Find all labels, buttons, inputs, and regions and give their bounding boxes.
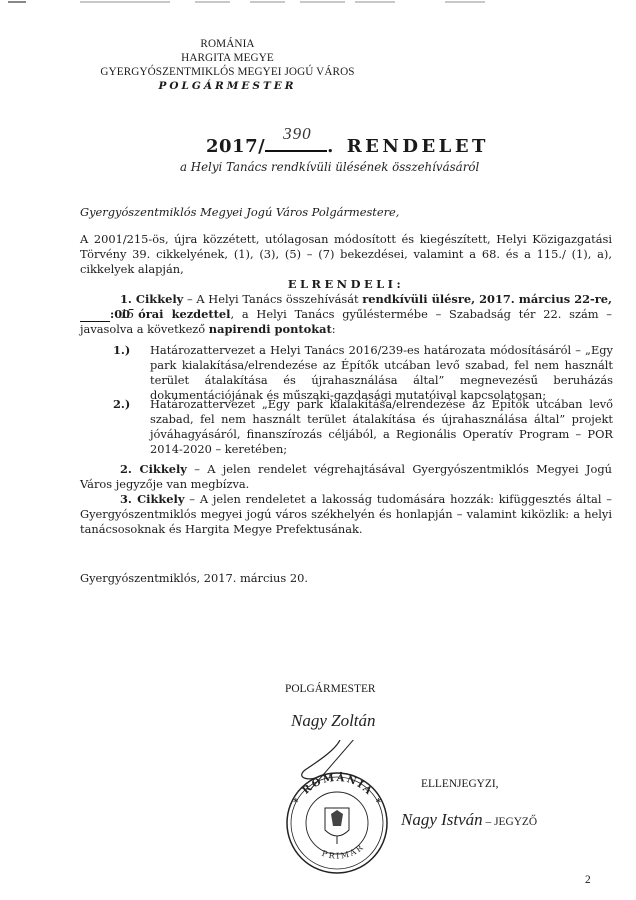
countersign-label: ELLENJEGYZI,: [421, 778, 499, 790]
handwritten-hour: 15: [80, 309, 110, 322]
scan-artifact: [195, 1, 230, 3]
article-1-label: 1. Cikkely: [120, 292, 183, 306]
article-1-text-c: :: [332, 322, 336, 336]
article-1-date: rendkívüli ülésre, 2017. március 22-re,: [362, 292, 612, 306]
article-1-agenda-label: napirendi pontokat: [209, 322, 332, 336]
header-city: GYERGYÓSZENTMIKLÓS MEGYEI JOGÚ VÁROS: [80, 65, 375, 79]
agenda-item: 1.) Határozattervezet a Helyi Tanács 201…: [113, 343, 613, 403]
article-1-dash: –: [183, 292, 196, 306]
notary-role: – JEGYZŐ: [483, 816, 537, 828]
issuer-line: Gyergyószentmiklós Megyei Jogú Város Pol…: [80, 205, 612, 220]
article-1-time: :00 órai kezdettel: [110, 307, 231, 321]
header-office-label: POLGÁRMESTER: [158, 80, 296, 92]
header-country: ROMÁNIA: [80, 37, 375, 51]
scan-artifact: [300, 1, 345, 3]
article-1: 1. Cikkely – A Helyi Tanács összehívását…: [80, 292, 612, 337]
header-county: HARGITA MEGYE: [80, 51, 375, 65]
decree-label: . RENDELET: [327, 136, 489, 157]
scan-artifact: [8, 1, 26, 3]
svg-text:PRIMAR: PRIMAR: [321, 842, 366, 861]
header-office: POLGÁRMESTER: [80, 79, 375, 93]
article-3: 3. Cikkely – A jelen rendeletet a lakoss…: [80, 492, 612, 537]
agenda-item: 2.) Határozattervezet „Egy park kialakít…: [113, 397, 613, 457]
article-2: 2. Cikkely – A jelen rendelet végrehajtá…: [80, 462, 612, 492]
place-date: Gyergyószentmiklós, 2017. március 20.: [80, 571, 308, 586]
notary-signature: Nagy István – JEGYZŐ: [401, 810, 537, 830]
official-stamp-icon: * ROMÂNIA * PRIMAR: [265, 740, 415, 875]
notary-name: Nagy István: [401, 810, 483, 829]
mayor-title: POLGÁRMESTER: [285, 683, 376, 695]
legal-basis: A 2001/215-ös, újra közzétett, utólagosa…: [80, 232, 612, 277]
scan-artifact: [80, 1, 170, 3]
agenda-item-number: 1.): [113, 343, 130, 358]
page-number: 2: [585, 874, 591, 886]
scan-artifact: [355, 1, 395, 3]
agenda-item-number: 2.): [113, 397, 130, 412]
scan-artifact: [445, 1, 485, 3]
decree-title: 2017/390. RENDELET: [206, 136, 489, 157]
agenda-item-text: Határozattervezet „Egy park kialakítása/…: [150, 397, 613, 457]
mayor-name: Nagy Zoltán: [291, 711, 376, 731]
article-1-text-a: A Helyi Tanács összehívását: [196, 292, 362, 306]
decree-number-blank: 390: [265, 136, 327, 152]
decree-year: 2017/: [206, 136, 265, 157]
article-2-label: 2. Cikkely: [120, 462, 187, 476]
article-3-label: 3. Cikkely: [120, 492, 184, 506]
scan-artifact: [250, 1, 285, 3]
agenda-item-text: Határozattervezet a Helyi Tanács 2016/23…: [150, 343, 613, 403]
svg-text:* ROMÂNIA *: * ROMÂNIA *: [292, 772, 383, 809]
handwritten-decree-number: 390: [283, 124, 312, 144]
decree-heading: ELRENDELI:: [80, 277, 612, 292]
decree-subtitle: a Helyi Tanács rendkívüli ülésének össze…: [180, 160, 479, 174]
